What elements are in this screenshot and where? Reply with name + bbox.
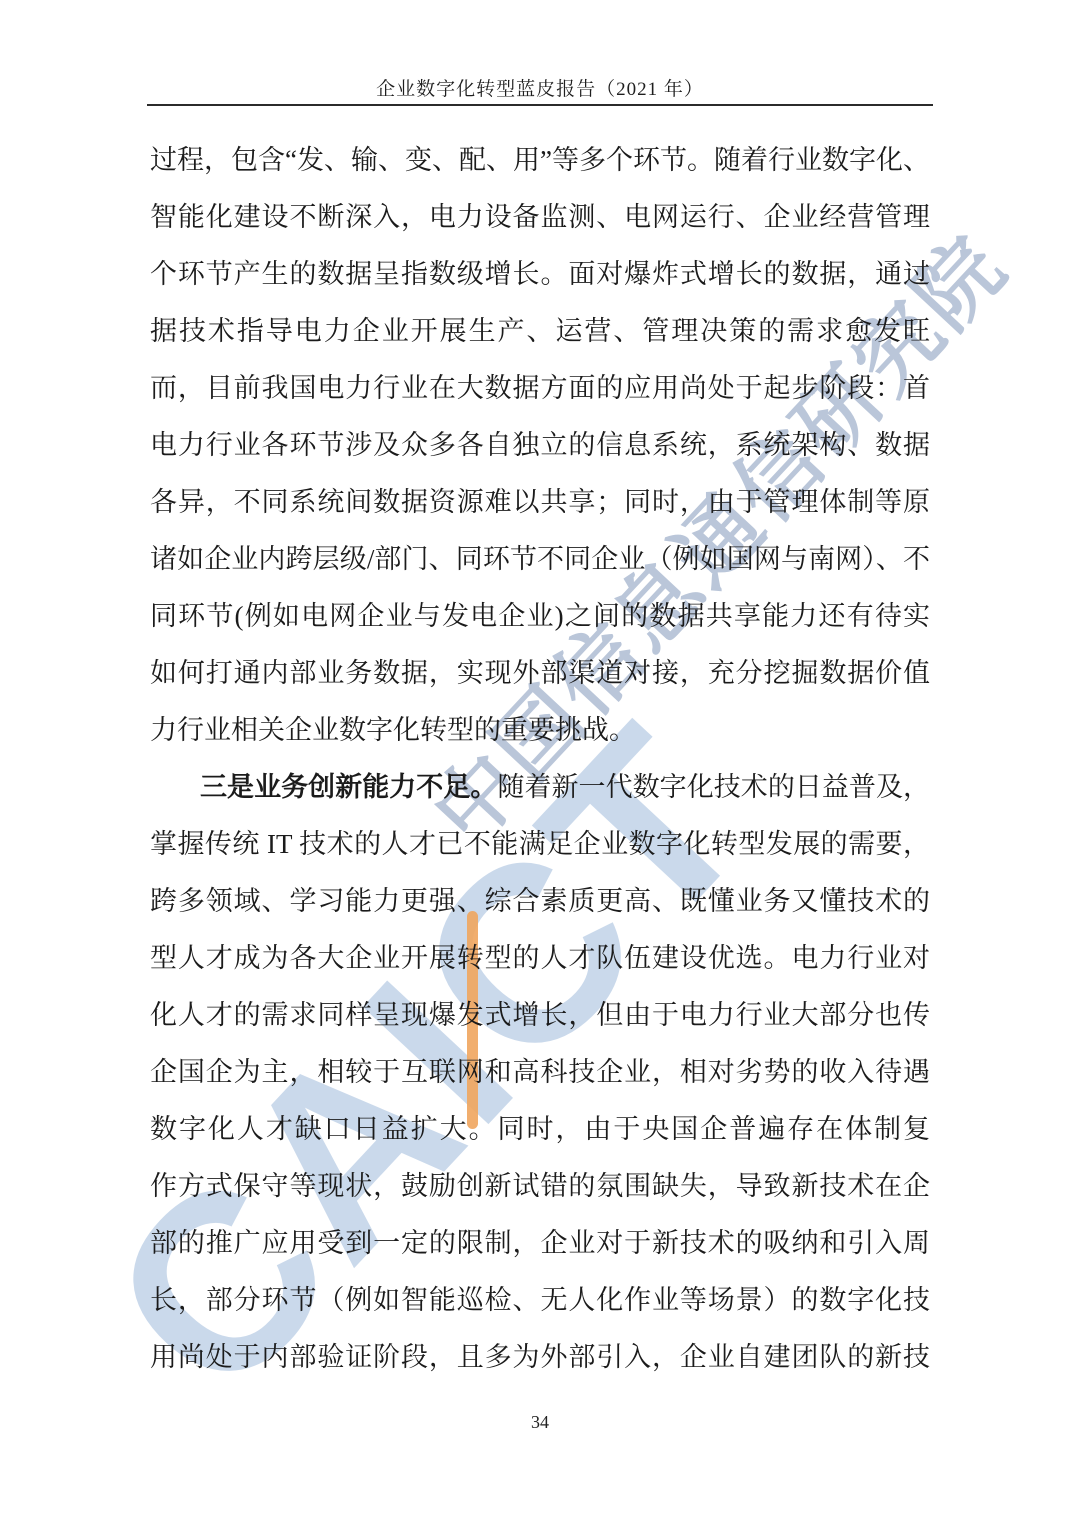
text-line: 各异，不同系统间数据资源难以共享；同时，由于管理体制等原因， [150,474,930,531]
text-line: 据技术指导电力企业开展生产、运营、管理决策的需求愈发旺盛。然 [150,303,930,360]
page-number: 34 [0,1412,1080,1433]
paragraph-2-first-line: 三是业务创新能力不足。随着新一代数字化技术的日益普及，仅 [150,759,930,816]
paragraph-2-lines: 掌握传统 IT 技术的人才已不能满足企业数字化转型发展的需要，横跨多领域、学习能… [150,816,930,1386]
header-rule [147,104,933,106]
paragraph-2: 三是业务创新能力不足。随着新一代数字化技术的日益普及，仅 掌握传统 IT 技术的… [150,759,930,1386]
text-line: 长，部分环节（例如智能巡检、无人化作业等场景）的数字化技术应 [150,1272,930,1329]
text-line: 过程，包含“发、输、变、配、用”等多个环节。随着行业数字化、 [150,132,930,189]
paragraph-1: 过程，包含“发、输、变、配、用”等多个环节。随着行业数字化、智能化建设不断深入，… [150,132,930,759]
text-line: 电力行业各环节涉及众多各自独立的信息系统，系统架构、数据模型 [150,417,930,474]
text-line: 用尚处于内部验证阶段，且多为外部引入，企业自建团队的新技术应 [150,1329,930,1386]
document-page: 企业数字化转型蓝皮报告（2021 年） CAICT 中国信息通信研究院 过程，包… [0,0,1080,1527]
paragraph-2-bold-lead: 三是业务创新能力不足。 [200,772,497,802]
text-line: 诸如企业内跨层级/部门、同环节不同企业（例如国网与南网）、不 [150,531,930,588]
text-line: 型人才成为各大企业开展转型的人才队伍建设优选。电力行业对数字 [150,930,930,987]
text-line: 部的推广应用受到一定的限制，企业对于新技术的吸纳和引入周期较 [150,1215,930,1272]
page-header-title: 企业数字化转型蓝皮报告（2021 年） [0,74,1080,101]
text-line: 作方式保守等现状，鼓励创新试错的氛围缺失，导致新技术在企业内 [150,1158,930,1215]
text-line: 跨多领域、学习能力更强、综合素质更高、既懂业务又懂技术的复合 [150,873,930,930]
text-line: 力行业相关企业数字化转型的重要挑战。 [150,702,930,759]
text-line: 而，目前我国电力行业在大数据方面的应用尚处于起步阶段：首先， [150,360,930,417]
text-line: 企国企为主，相较于互联网和高科技企业，相对劣势的收入待遇使得 [150,1044,930,1101]
text-line: 智能化建设不断深入，电力设备监测、电网运行、企业经营管理等各 [150,189,930,246]
text-line: 数字化人才缺口日益扩大。同时，由于央国企普遍存在体制复杂、工 [150,1101,930,1158]
text-line: 个环节产生的数据呈指数级增长。面对爆炸式增长的数据，通过大数 [150,246,930,303]
text-line: 化人才的需求同样呈现爆发式增长，但由于电力行业大部分也传统央 [150,987,930,1044]
text-line: 如何打通内部业务数据，实现外部渠道对接，充分挖掘数据价值是电 [150,645,930,702]
body-text: 过程，包含“发、输、变、配、用”等多个环节。随着行业数字化、智能化建设不断深入，… [150,132,930,1386]
text-line: 同环节(例如电网企业与发电企业)之间的数据共享能力还有待实现。 [150,588,930,645]
text-line: 掌握传统 IT 技术的人才已不能满足企业数字化转型发展的需要，横 [150,816,930,873]
